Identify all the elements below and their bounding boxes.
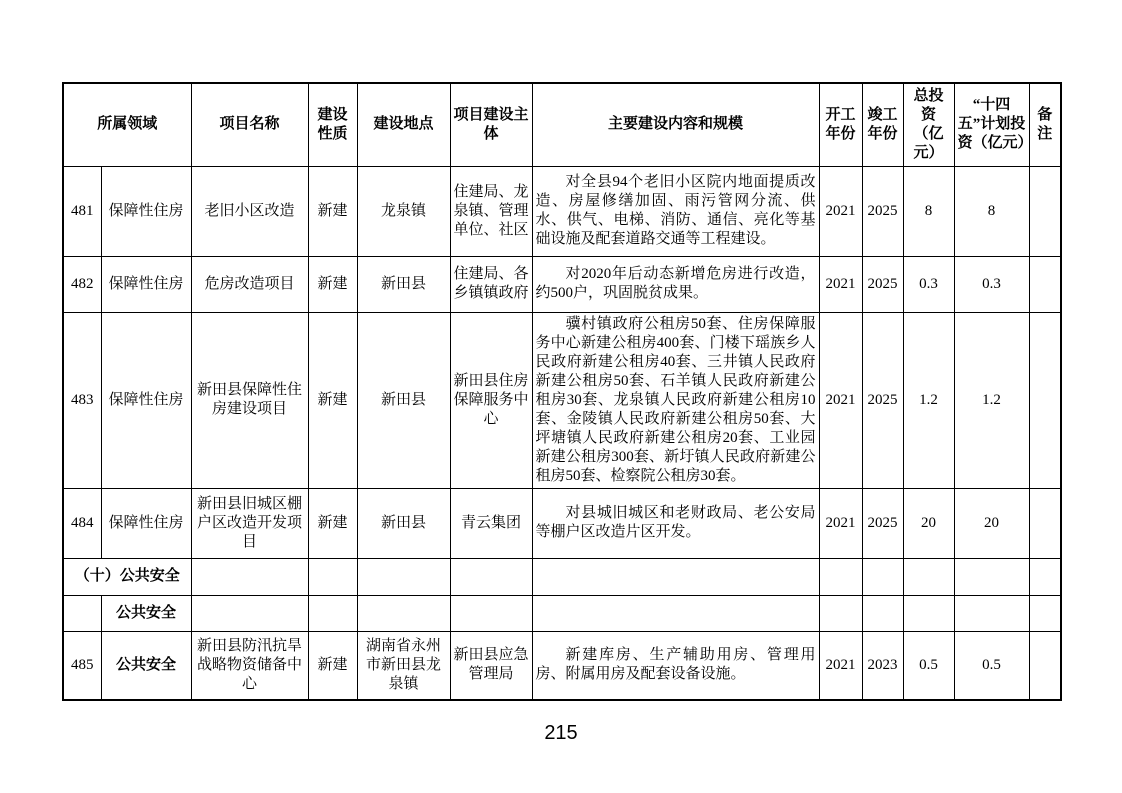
header-total-investment: 总投资（亿元） [903, 83, 954, 166]
cell-entity: 住建局、各乡镇镇政府 [450, 256, 532, 312]
empty-cell [191, 595, 308, 631]
cell-entity: 住建局、龙泉镇、管理单位、社区 [450, 166, 532, 256]
cell-start-year: 2021 [819, 256, 862, 312]
cell-start-year: 2021 [819, 312, 862, 488]
cell-remarks [1029, 256, 1061, 312]
cell-location: 新田县 [357, 312, 450, 488]
cell-end-year: 2025 [862, 166, 903, 256]
cell-entity: 新田县住房保障服务中心 [450, 312, 532, 488]
cell-project-name: 危房改造项目 [191, 256, 308, 312]
cell-content: 骥村镇政府公租房50套、住房保障服务中心新建公租房400套、门楼下瑶族乡人民政府… [532, 312, 819, 488]
empty-cell [191, 558, 308, 595]
cell-nature: 新建 [308, 488, 357, 558]
empty-cell [1029, 595, 1061, 631]
cell-content: 对全县94个老旧小区院内地面提质改造、房屋修缮加固、雨污管网分流、供水、供气、电… [532, 166, 819, 256]
cell-total-investment: 1.2 [903, 312, 954, 488]
cell-total-investment: 0.3 [903, 256, 954, 312]
content-paragraph: 对全县94个老旧小区院内地面提质改造、房屋修缮加固、雨污管网分流、供水、供气、电… [536, 173, 816, 249]
cell-remarks [1029, 631, 1061, 700]
cell-serial: 485 [63, 631, 101, 700]
empty-cell [532, 558, 819, 595]
page-number: 215 [0, 722, 1122, 745]
subsection-label: 公共安全 [101, 595, 191, 631]
table-row: 481 保障性住房 老旧小区改造 新建 龙泉镇 住建局、龙泉镇、管理单位、社区 … [63, 166, 1061, 256]
empty-cell [903, 558, 954, 595]
cell-location: 新田县 [357, 256, 450, 312]
empty-cell [819, 595, 862, 631]
cell-end-year: 2023 [862, 631, 903, 700]
cell-total-investment: 8 [903, 166, 954, 256]
cell-serial: 484 [63, 488, 101, 558]
cell-nature: 新建 [308, 256, 357, 312]
cell-end-year: 2025 [862, 488, 903, 558]
cell-project-name: 新田县防汛抗旱战略物资储备中心 [191, 631, 308, 700]
header-content: 主要建设内容和规模 [532, 83, 819, 166]
section-label: （十）公共安全 [63, 558, 191, 595]
empty-cell [862, 558, 903, 595]
cell-field: 保障性住房 [101, 166, 191, 256]
cell-content: 对县城旧城区和老财政局、老公安局等棚户区改造片区开发。 [532, 488, 819, 558]
empty-cell [357, 595, 450, 631]
cell-plan-investment: 20 [954, 488, 1029, 558]
section-row: （十）公共安全 [63, 558, 1061, 595]
table-row: 482 保障性住房 危房改造项目 新建 新田县 住建局、各乡镇镇政府 对2020… [63, 256, 1061, 312]
cell-remarks [1029, 312, 1061, 488]
empty-cell [532, 595, 819, 631]
cell-total-investment: 20 [903, 488, 954, 558]
empty-cell [63, 595, 101, 631]
project-plan-table: 所属领域 项目名称 建设性质 建设地点 项目建设主体 主要建设内容和规模 开工年… [62, 82, 1062, 701]
empty-cell [954, 595, 1029, 631]
header-entity: 项目建设主体 [450, 83, 532, 166]
cell-start-year: 2021 [819, 488, 862, 558]
cell-serial: 481 [63, 166, 101, 256]
table-row: 483 保障性住房 新田县保障性住房建设项目 新建 新田县 新田县住房保障服务中… [63, 312, 1061, 488]
empty-cell [308, 595, 357, 631]
header-plan-investment: “十四五”计划投资（亿元） [954, 83, 1029, 166]
content-paragraph: 骥村镇政府公租房50套、住房保障服务中心新建公租房400套、门楼下瑶族乡人民政府… [536, 315, 816, 486]
cell-start-year: 2021 [819, 631, 862, 700]
cell-remarks [1029, 488, 1061, 558]
cell-location: 新田县 [357, 488, 450, 558]
header-location: 建设地点 [357, 83, 450, 166]
empty-cell [862, 595, 903, 631]
document-page: 所属领域 项目名称 建设性质 建设地点 项目建设主体 主要建设内容和规模 开工年… [0, 0, 1122, 793]
cell-end-year: 2025 [862, 312, 903, 488]
content-paragraph: 对县城旧城区和老财政局、老公安局等棚户区改造片区开发。 [536, 504, 816, 542]
cell-end-year: 2025 [862, 256, 903, 312]
content-paragraph: 对2020年后动态新增危房进行改造，约500户，巩固脱贫成果。 [536, 265, 816, 303]
subsection-row: 公共安全 [63, 595, 1061, 631]
cell-nature: 新建 [308, 166, 357, 256]
empty-cell [450, 558, 532, 595]
cell-location: 湖南省永州市新田县龙泉镇 [357, 631, 450, 700]
cell-field: 保障性住房 [101, 312, 191, 488]
cell-field: 保障性住房 [101, 256, 191, 312]
cell-field: 保障性住房 [101, 488, 191, 558]
cell-plan-investment: 0.5 [954, 631, 1029, 700]
cell-plan-investment: 0.3 [954, 256, 1029, 312]
header-end-year: 竣工年份 [862, 83, 903, 166]
cell-entity: 新田县应急管理局 [450, 631, 532, 700]
empty-cell [1029, 558, 1061, 595]
cell-project-name: 新田县旧城区棚户区改造开发项目 [191, 488, 308, 558]
cell-serial: 483 [63, 312, 101, 488]
header-start-year: 开工年份 [819, 83, 862, 166]
empty-cell [903, 595, 954, 631]
cell-location: 龙泉镇 [357, 166, 450, 256]
table-row: 485 公共安全 新田县防汛抗旱战略物资储备中心 新建 湖南省永州市新田县龙泉镇… [63, 631, 1061, 700]
cell-plan-investment: 8 [954, 166, 1029, 256]
cell-content: 新建库房、生产辅助用房、管理用房、附属用房及配套设备设施。 [532, 631, 819, 700]
cell-remarks [1029, 166, 1061, 256]
cell-project-name: 老旧小区改造 [191, 166, 308, 256]
cell-field: 公共安全 [101, 631, 191, 700]
content-paragraph: 新建库房、生产辅助用房、管理用房、附属用房及配套设备设施。 [536, 646, 816, 684]
cell-total-investment: 0.5 [903, 631, 954, 700]
cell-plan-investment: 1.2 [954, 312, 1029, 488]
empty-cell [357, 558, 450, 595]
cell-serial: 482 [63, 256, 101, 312]
empty-cell [308, 558, 357, 595]
header-project-name: 项目名称 [191, 83, 308, 166]
cell-entity: 青云集团 [450, 488, 532, 558]
header-remarks: 备注 [1029, 83, 1061, 166]
cell-project-name: 新田县保障性住房建设项目 [191, 312, 308, 488]
cell-content: 对2020年后动态新增危房进行改造，约500户，巩固脱贫成果。 [532, 256, 819, 312]
empty-cell [819, 558, 862, 595]
cell-nature: 新建 [308, 631, 357, 700]
table-header-row: 所属领域 项目名称 建设性质 建设地点 项目建设主体 主要建设内容和规模 开工年… [63, 83, 1061, 166]
cell-start-year: 2021 [819, 166, 862, 256]
header-nature: 建设性质 [308, 83, 357, 166]
empty-cell [450, 595, 532, 631]
header-field: 所属领域 [63, 83, 191, 166]
table-row: 484 保障性住房 新田县旧城区棚户区改造开发项目 新建 新田县 青云集团 对县… [63, 488, 1061, 558]
empty-cell [954, 558, 1029, 595]
cell-nature: 新建 [308, 312, 357, 488]
